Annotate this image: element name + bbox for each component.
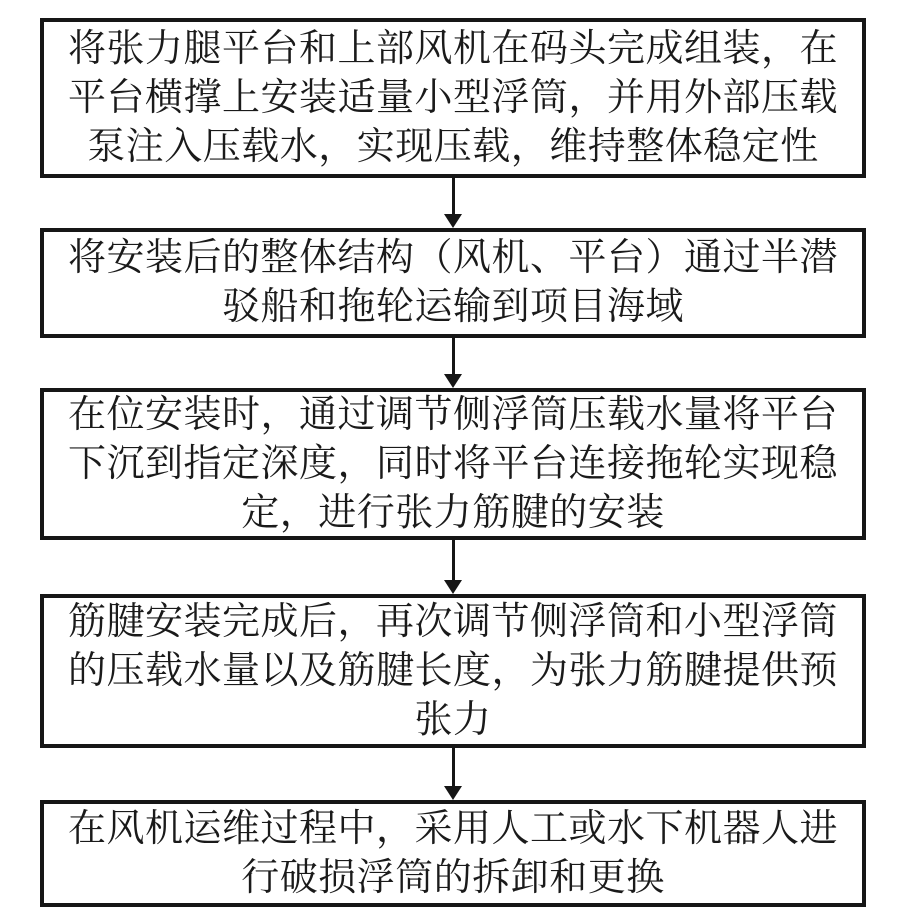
arrow-shaft [452,178,455,216]
flow-step-3-line-3: 定，进行张力筋腱的安装 [241,489,665,538]
flow-step-3: 在位安装时，通过调节侧浮筒压载水量将平台 下沉到指定深度，同时将平台连接拖轮实现… [40,388,866,540]
flow-step-1: 将张力腿平台和上部风机在码头完成组装，在 平台横撑上安装适量小型浮筒，并用外部压… [40,18,866,178]
arrow-shaft [452,748,455,788]
flow-step-2-line-1: 将安装后的整体结构（风机、平台）通过半潜 [68,234,838,283]
flow-step-4-line-3: 张力 [414,696,491,745]
flow-step-5-line-1: 在风机运维过程中，采用人工或水下机器人进 [68,805,838,854]
flow-step-4: 筋腱安装完成后，再次调节侧浮筒和小型浮筒 的压载水量以及筋腱长度，为张力筋腱提供… [40,594,866,748]
arrow-shaft [452,540,455,582]
arrow-head [444,214,462,228]
flow-step-3-line-1: 在位安装时，通过调节侧浮筒压载水量将平台 [68,391,838,440]
flow-step-1-line-3: 泵注入压载水，实现压载，维持整体稳定性 [87,123,819,172]
flow-step-4-line-1: 筋腱安装完成后，再次调节侧浮筒和小型浮筒 [68,598,838,647]
arrow-shaft [452,338,455,376]
arrow-head [444,786,462,800]
arrow-head [444,580,462,594]
flow-step-3-line-2: 下沉到指定深度，同时将平台连接拖轮实现稳 [68,440,838,489]
flowchart-diagram: 将张力腿平台和上部风机在码头完成组装，在 平台横撑上安装适量小型浮筒，并用外部压… [0,0,910,922]
arrow-head [444,374,462,388]
flow-step-1-line-1: 将张力腿平台和上部风机在码头完成组装，在 [68,25,838,74]
flow-step-2: 将安装后的整体结构（风机、平台）通过半潜 驳船和拖轮运输到项目海域 [40,228,866,338]
flow-step-4-line-2: 的压载水量以及筋腱长度，为张力筋腱提供预 [68,647,838,696]
flow-step-5: 在风机运维过程中，采用人工或水下机器人进 行破损浮筒的拆卸和更换 [40,800,866,907]
flow-step-2-line-2: 驳船和拖轮运输到项目海域 [222,283,684,332]
flow-step-1-line-2: 平台横撑上安装适量小型浮筒，并用外部压载 [68,74,838,123]
flow-step-5-line-2: 行破损浮筒的拆卸和更换 [241,854,665,903]
